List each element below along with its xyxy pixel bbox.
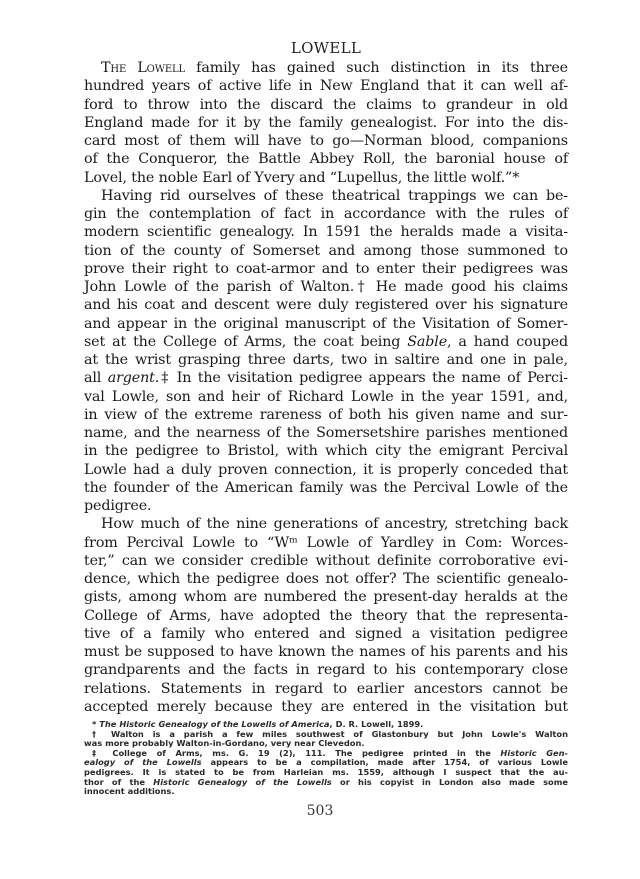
footnotes: * The Historic Genealogy of the Lowells … [84, 720, 568, 797]
text-line: Lowle had a duly proven connection, it i… [84, 461, 568, 479]
text-line: Having rid ourselves of these theatrical… [84, 187, 568, 205]
text-line: prove their right to coat-armor and to e… [84, 260, 568, 278]
text-line: val Lowle, son and heir of Richard Lowle… [84, 388, 568, 406]
text-line: John Lowle of the parish of Walton.† He … [84, 278, 568, 296]
text-line: the founder of the American family was t… [84, 479, 568, 497]
text-line: all argent.‡ In the visitation pedigree … [84, 369, 568, 387]
text-line: ter,” can we consider credible without d… [84, 552, 568, 570]
text-line: hundred years of active life in New Engl… [84, 77, 568, 95]
body-text: The Lowell family has gained such distin… [84, 59, 568, 716]
text-line: in the pedigree to Bristol, with which c… [84, 442, 568, 460]
text-line: College of Arms, have adopted the theory… [84, 607, 568, 625]
running-head: LOWELL [84, 38, 568, 58]
text-line: set at the College of Arms, the coat bei… [84, 333, 568, 351]
text-line: gin the contemplation of fact in accorda… [84, 205, 568, 223]
text-line: at the wrist grasping three darts, two i… [84, 351, 568, 369]
text-line: relations. Statements in regard to earli… [84, 680, 568, 698]
text-line: modern scientific genealogy. In 1591 the… [84, 223, 568, 241]
paragraph-1: The Lowell family has gained such distin… [84, 59, 568, 187]
text-line: must be supposed to have known the names… [84, 643, 568, 661]
text-line: grandparents and the facts in regard to … [84, 661, 568, 679]
text-line: name, and the nearness of the Somersetsh… [84, 424, 568, 442]
italic-term: argent. [108, 370, 159, 386]
text-line: tive of a family who entered and signed … [84, 625, 568, 643]
text-line: and his coat and descent were duly regis… [84, 296, 568, 314]
text-line: The Lowell family has gained such distin… [84, 59, 568, 77]
paragraph-2: Having rid ourselves of these theatrical… [84, 187, 568, 516]
italic-term: Sable [407, 334, 447, 350]
page-number: 503 [0, 803, 640, 819]
text-line: tion of the county of Somerset and among… [84, 242, 568, 260]
footnote-title: The Historic Genealogy of the Lowells of… [99, 719, 329, 729]
text-line: of the Conqueror, the Battle Abbey Roll,… [84, 150, 568, 168]
text-line: Lovel, the noble Earl of Yvery and “Lupe… [84, 169, 568, 187]
text-line: How much of the nine generations of ance… [84, 515, 568, 533]
text-line: gists, among whom are numbered the prese… [84, 588, 568, 606]
lead-smallcaps: The Lowell [101, 60, 185, 76]
text-line: in view of the extreme rareness of both … [84, 406, 568, 424]
text-line: card most of them will have to go—Norman… [84, 132, 568, 150]
text-line: and appear in the original manuscript of… [84, 315, 568, 333]
text-line: ford to throw into the discard the claim… [84, 96, 568, 114]
footnote-3-line: innocent additions. [84, 787, 568, 797]
text-line: England made for it by the family geneal… [84, 114, 568, 132]
paragraph-3: How much of the nine generations of ance… [84, 515, 568, 716]
text-line: accepted merely because they are entered… [84, 698, 568, 716]
book-page: LOWELL The Lowell family has gained such… [84, 38, 568, 797]
text-line: from Percival Lowle to “Wᵐ Lowle of Yard… [84, 534, 568, 552]
text-line: pedigree. [84, 497, 568, 515]
text-line: dence, which the pedigree does not offer… [84, 570, 568, 588]
